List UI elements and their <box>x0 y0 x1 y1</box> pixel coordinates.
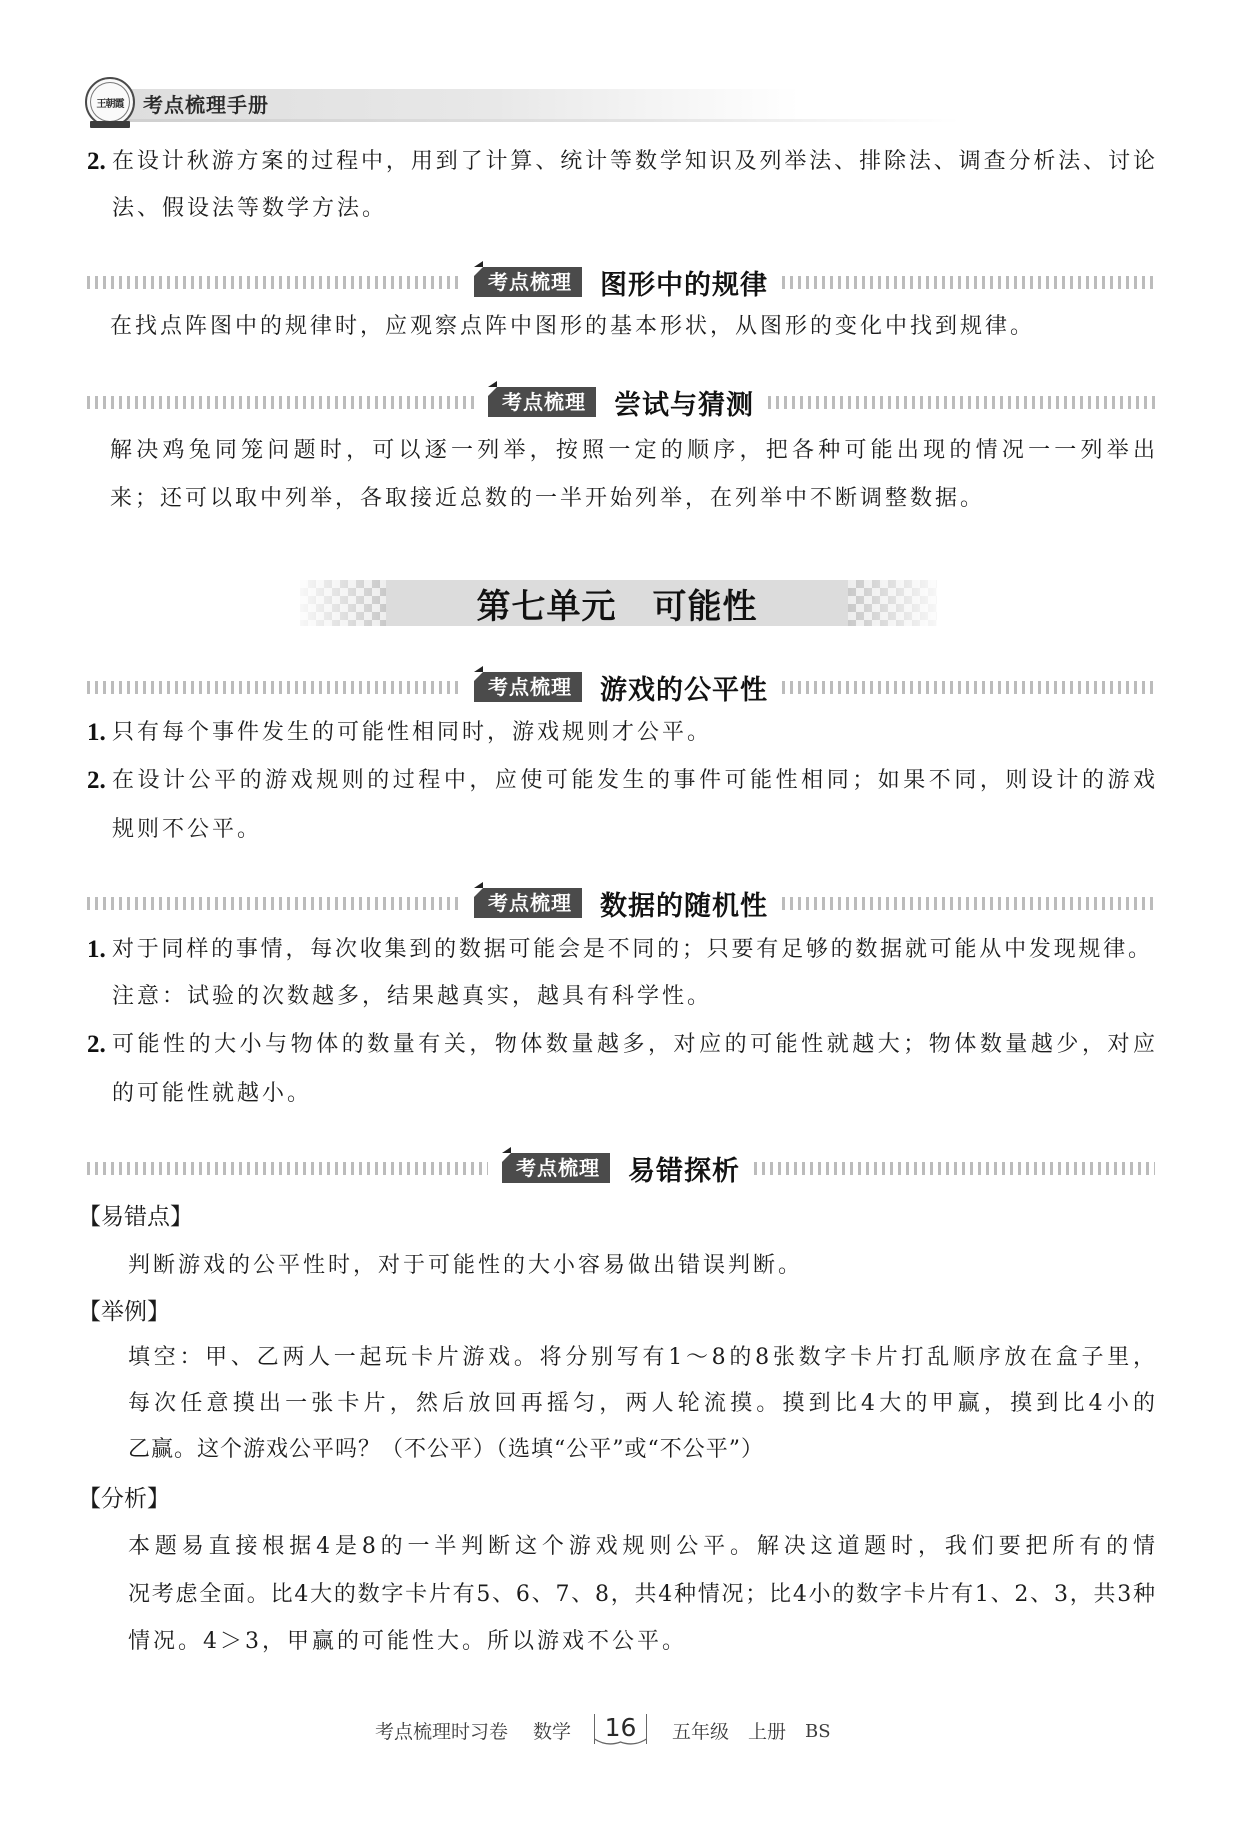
dotted-rule-left <box>87 276 460 289</box>
chapter-banner: 第七单元 可能性 <box>300 580 937 626</box>
checker-pattern-left <box>300 580 386 626</box>
item-number: 2. <box>87 1030 106 1060</box>
intro-line-1: 在设计秋游方案的过程中，用到了计算、统计等数学知识及列举法、排除法、调查分析法、… <box>112 147 1155 177</box>
footer-book-title: 考点梳理时习卷 <box>375 1720 508 1744</box>
section-header-pattern: 考点梳理 图形中的规律 <box>87 266 1155 298</box>
logo-ribbon-icon <box>90 121 130 128</box>
header-title: 考点梳理手册 <box>143 91 269 119</box>
section-header-trial-and-guess: 考点梳理 尝试与猜测 <box>87 386 1155 418</box>
dotted-rule-left <box>87 897 460 910</box>
dotted-rule-right <box>782 897 1155 910</box>
footer-grade: 五年级 <box>672 1720 729 1744</box>
item-number: 2. <box>87 147 106 177</box>
mistake-point-text: 判断游戏的公平性时，对于可能性的大小容易做出错误判断。 <box>128 1251 803 1281</box>
label-analysis: 【分析】 <box>78 1484 170 1514</box>
section-title: 数据的随机性 <box>600 884 768 923</box>
open-book-icon <box>594 1738 647 1748</box>
intro-line-2: 法、假设法等数学方法。 <box>112 194 387 224</box>
chapter-unit: 第七单元 <box>477 579 617 628</box>
publisher-logo-icon: 王朝霞 <box>85 77 135 127</box>
document-page: 王朝霞 考点梳理手册 2. 在设计秋游方案的过程中，用到了计算、统计等数学知识及… <box>0 0 1242 1821</box>
section-title: 游戏的公平性 <box>600 668 768 707</box>
item-number: 1. <box>87 935 106 965</box>
item-text-line: 在设计公平的游戏规则的过程中，应使可能发生的事件可能性相同；如果不同，则设计的游… <box>112 766 1155 796</box>
footer-edition: BS <box>805 1720 831 1744</box>
chapter-bar: 第七单元 可能性 <box>386 580 848 626</box>
analysis-text-line: 本题易直接根据4是8的一半判断这个游戏规则公平。解决这道题时，我们要把所有的情 <box>128 1532 1155 1562</box>
section-badge: 考点梳理 <box>474 888 582 918</box>
header-rule <box>120 119 960 122</box>
item-text-line: 的可能性就越小。 <box>112 1079 312 1109</box>
analysis-text-line: 况考虑全面。比4大的数字卡片有5、6、7、8，共4种情况；比4小的数字卡片有1、… <box>128 1580 1155 1610</box>
item-number: 2. <box>87 766 106 796</box>
dotted-rule-left <box>87 1162 488 1175</box>
section-header-data-randomness: 考点梳理 数据的随机性 <box>87 887 1155 919</box>
chapter-title: 可能性 <box>653 579 758 628</box>
section-header-game-fairness: 考点梳理 游戏的公平性 <box>87 671 1155 703</box>
dotted-rule-right <box>782 681 1155 694</box>
analysis-text-line: 情况。4＞3，甲赢的可能性大。所以游戏不公平。 <box>128 1627 687 1657</box>
item-text-line: 可能性的大小与物体的数量有关，物体数量越多，对应的可能性就越大；物体数量越少，对… <box>112 1030 1155 1060</box>
section-badge: 考点梳理 <box>474 672 582 702</box>
section-header-common-mistakes: 考点梳理 易错探析 <box>87 1152 1155 1184</box>
footer-subject: 数学 <box>533 1720 571 1744</box>
logo-text: 王朝霞 <box>97 95 124 110</box>
section-badge: 考点梳理 <box>502 1153 610 1183</box>
checker-pattern-right <box>848 580 937 626</box>
section-text-line: 来；还可以取中列举，各取接近总数的一半开始列举，在列举中不断调整数据。 <box>110 484 985 514</box>
label-mistake-point: 【易错点】 <box>78 1202 193 1232</box>
section-badge: 考点梳理 <box>474 267 582 297</box>
item-text-line: 只有每个事件发生的可能性相同时，游戏规则才公平。 <box>112 718 712 748</box>
footer-volume: 上册 <box>748 1720 786 1744</box>
example-text-line: 填空：甲、乙两人一起玩卡片游戏。将分别写有1～8的8张数字卡片打乱顺序放在盒子里… <box>128 1343 1155 1373</box>
section-badge: 考点梳理 <box>488 387 596 417</box>
dotted-rule-left <box>87 681 460 694</box>
dotted-rule-right <box>782 276 1155 289</box>
example-text-line: 每次任意摸出一张卡片，然后放回再摇匀，两人轮流摸。摸到比4大的甲赢，摸到比4小的 <box>128 1389 1155 1419</box>
dotted-rule-left <box>87 396 474 409</box>
example-text-line: 乙赢。这个游戏公平吗？（不公平）（选填“公平”或“不公平”） <box>128 1435 764 1465</box>
dotted-rule-right <box>768 396 1155 409</box>
item-text-line: 规则不公平。 <box>112 815 262 845</box>
dotted-rule-right <box>754 1162 1155 1175</box>
item-text-line: 注意：试验的次数越多，结果越真实，越具有科学性。 <box>112 982 712 1012</box>
label-example: 【举例】 <box>78 1297 170 1327</box>
item-number: 1. <box>87 718 106 748</box>
section-title: 易错探析 <box>628 1149 740 1188</box>
section-title: 尝试与猜测 <box>614 383 754 422</box>
section-text-line: 在找点阵图中的规律时，应观察点阵中图形的基本形状，从图形的变化中找到规律。 <box>110 312 1035 342</box>
section-title: 图形中的规律 <box>600 263 768 302</box>
item-text-line: 对于同样的事情，每次收集到的数据可能会是不同的；只要有足够的数据就可能从中发现规… <box>112 935 1150 965</box>
section-text-line: 解决鸡兔同笼问题时，可以逐一列举，按照一定的顺序，把各种可能出现的情况一一列举出 <box>110 436 1155 466</box>
